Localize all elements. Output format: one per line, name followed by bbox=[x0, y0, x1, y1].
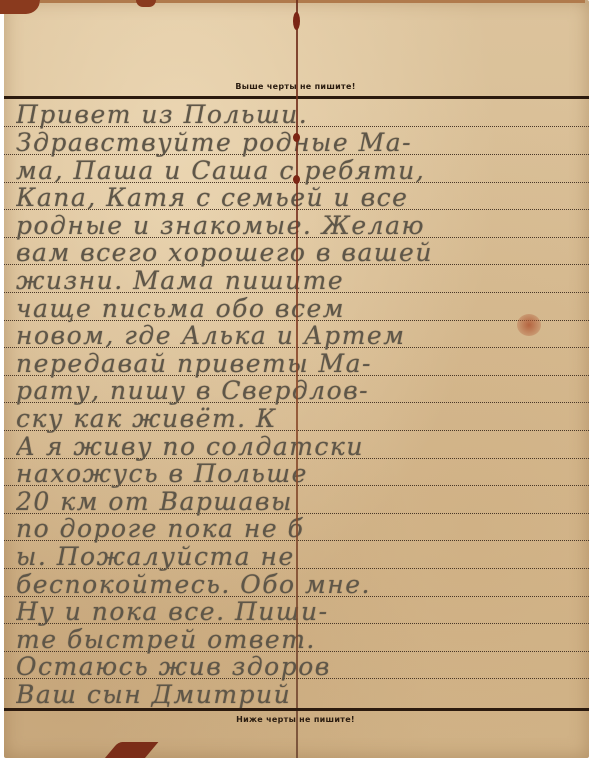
handwritten-line: 20 км от Варшавы bbox=[16, 487, 586, 516]
handwritten-signature-line: Ваш сын Дмитрий bbox=[16, 680, 586, 709]
paper-top-edge bbox=[40, 0, 585, 3]
handwritten-line: Привет из Польши. bbox=[16, 100, 586, 129]
printed-instruction-bottom: Ниже черты не пишите! bbox=[0, 715, 591, 724]
handwritten-line: ы. Пожалуйста не bbox=[16, 542, 586, 571]
handwritten-line: ма, Паша и Саша с ребяти, bbox=[16, 156, 586, 185]
fold-ink-blot bbox=[293, 175, 300, 184]
handwritten-line: родные и знакомые. Желаю bbox=[16, 211, 586, 240]
fold-ink-blot bbox=[293, 12, 300, 30]
handwritten-line: Капа, Катя с семьей и все bbox=[16, 183, 586, 212]
scan-border bbox=[0, 758, 591, 762]
handwritten-line: Остаюсь жив здоров bbox=[16, 652, 586, 681]
handwritten-line: А я живу по солдатски bbox=[16, 432, 586, 461]
handwritten-line: нахожусь в Польше bbox=[16, 459, 586, 488]
handwritten-line: рату, пишу в Свердлов- bbox=[16, 376, 586, 405]
handwritten-line: новом, где Алька и Артем bbox=[16, 321, 586, 350]
handwritten-line: ску как живёт. К bbox=[16, 404, 586, 433]
handwritten-line: передавай приветы Ма- bbox=[16, 349, 586, 378]
handwritten-line: Ну и пока все. Пиши- bbox=[16, 597, 586, 626]
handwritten-line: по дороге пока не б bbox=[16, 514, 586, 543]
bottom-boundary-rule bbox=[4, 708, 589, 711]
handwritten-line: жизни. Мама пишите bbox=[16, 266, 586, 295]
handwritten-line: вам всего хорошего в вашей bbox=[16, 238, 586, 267]
handwritten-line: те быстрей ответ. bbox=[16, 625, 586, 654]
handwritten-line: беспокойтесь. Обо мне. bbox=[16, 570, 586, 599]
fold-ink-blot bbox=[293, 133, 300, 142]
handwritten-line: чаще письма обо всем bbox=[16, 294, 586, 323]
center-fold-crease bbox=[296, 0, 298, 758]
handwritten-line: Здравствуйте родные Ма- bbox=[16, 128, 586, 157]
paper-stain bbox=[517, 314, 541, 336]
